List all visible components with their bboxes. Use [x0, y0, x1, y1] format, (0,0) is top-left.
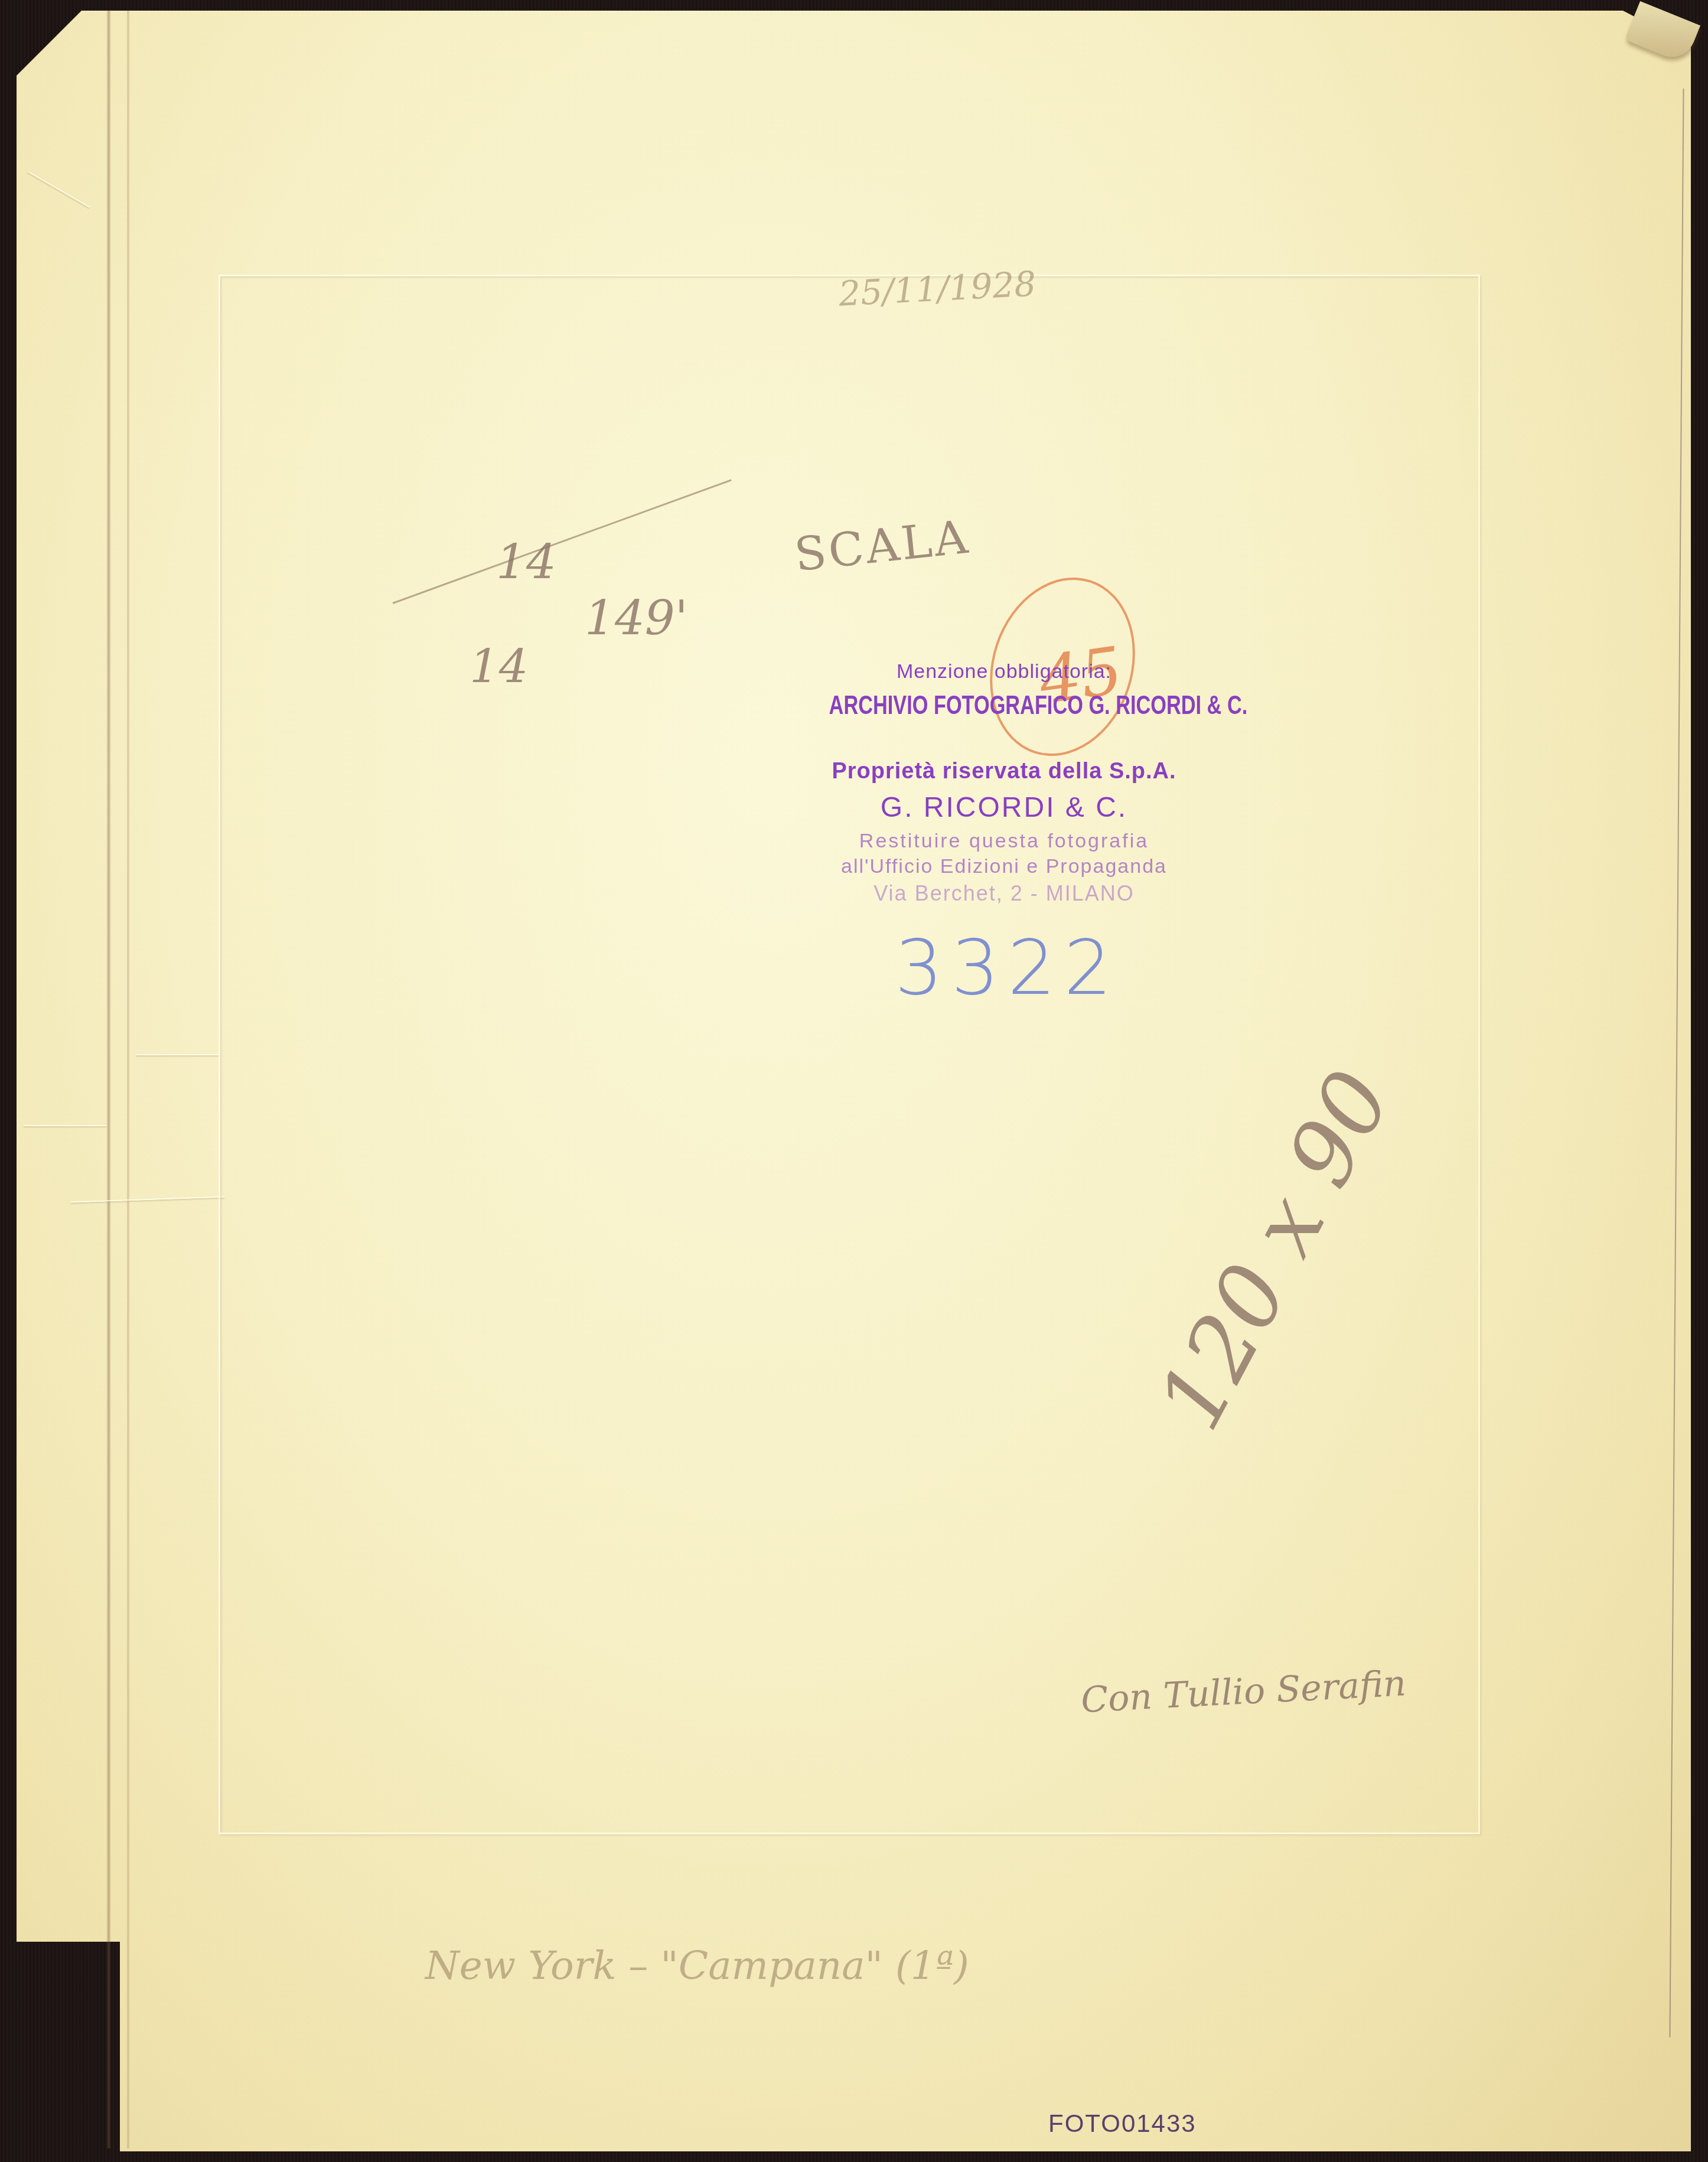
stamp-property-line: Proprietà riservata della S.p.A.: [780, 759, 1228, 784]
stamp-company-name: G. RICORDI & C.: [780, 791, 1228, 824]
embossed-plate-mark: [219, 275, 1480, 1834]
caption-place: New York – "Campana" (1ª): [425, 1943, 969, 1988]
reference-annotation: 149': [585, 591, 688, 645]
stamp-archive-name: ARCHIVIO FOTOGRAFICO G. RICORDI & C.: [829, 691, 1179, 720]
stamp-return-line: Restituire questa fotografia: [780, 830, 1228, 853]
paper-crease: [136, 1054, 219, 1055]
archive-id-label: FOTO01433: [1048, 2109, 1197, 2138]
stamp-address-line: Via Berchet, 2 - MILANO: [780, 881, 1228, 906]
spine-fold: [106, 11, 111, 2148]
paper-crease: [24, 1125, 106, 1126]
spine-fold-secondary: [127, 11, 129, 2148]
stamp-mention-label: Menzione obbligatoria:: [780, 660, 1228, 683]
inventory-number: 3322: [895, 924, 1120, 1012]
number-bottom-annotation: 14: [470, 641, 528, 694]
stamp-office-line: all'Ufficio Edizioni e Propaganda: [780, 855, 1228, 878]
